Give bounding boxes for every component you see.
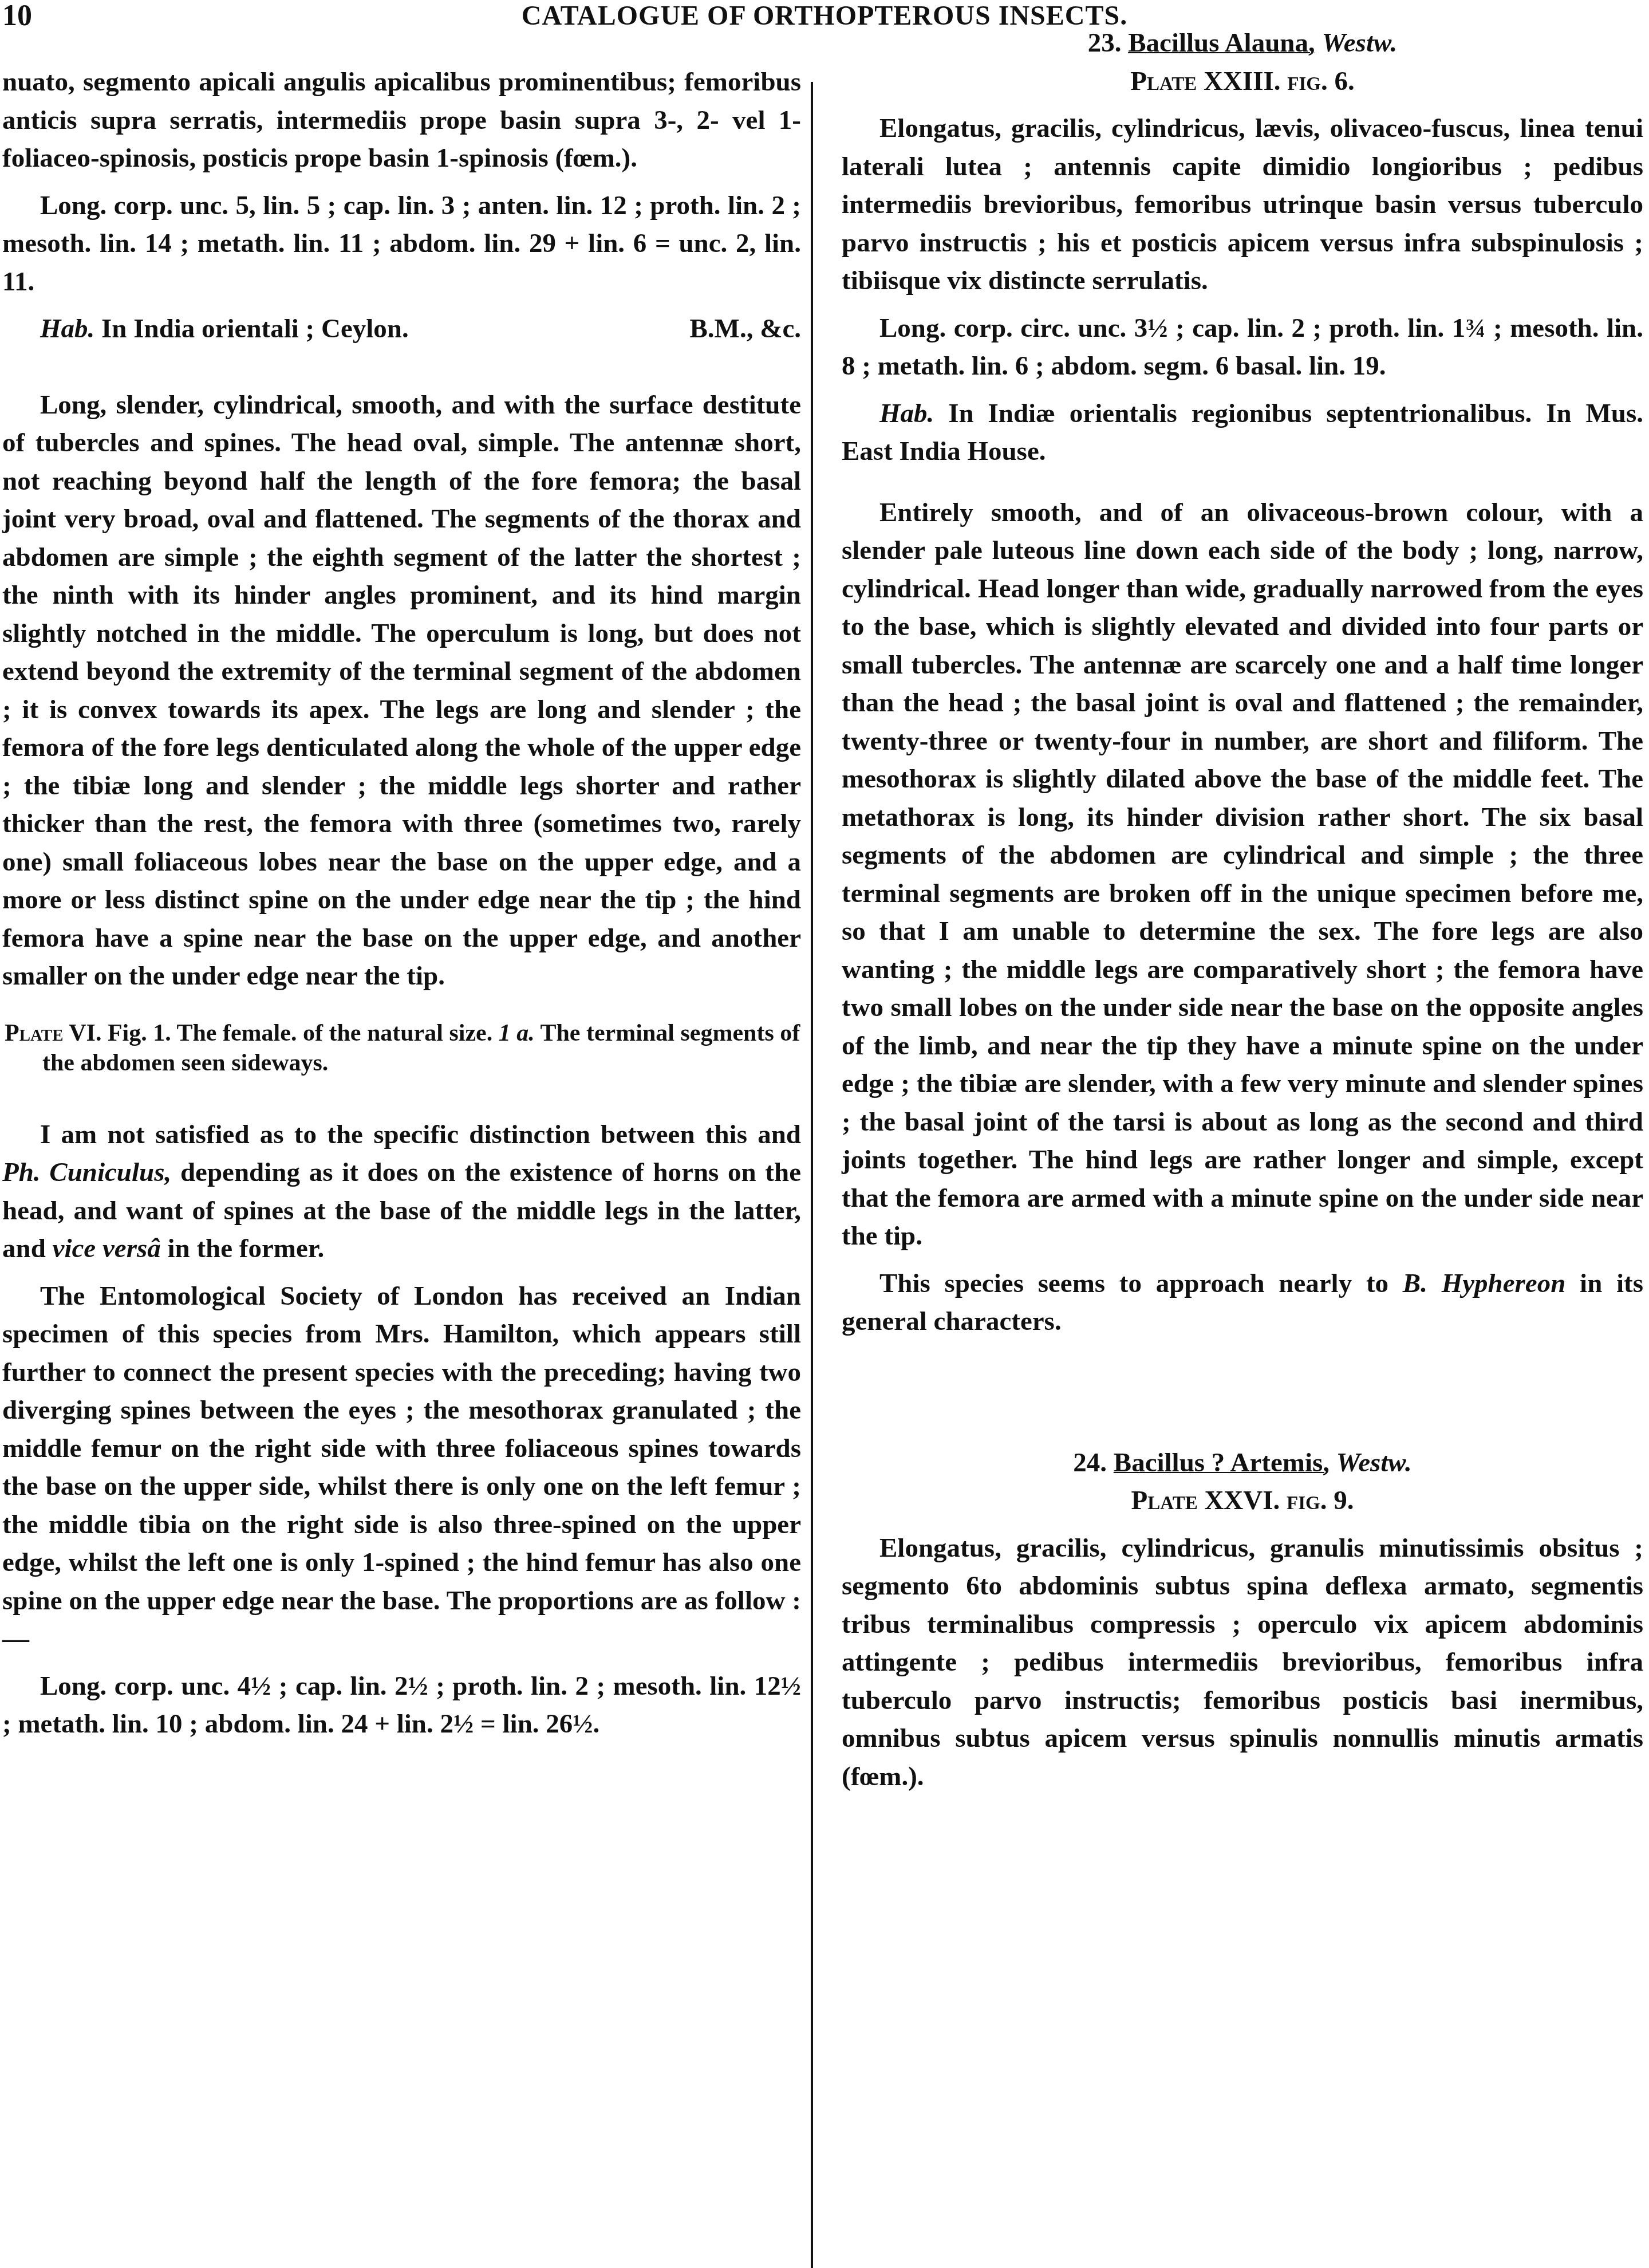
species-23-description: Entirely smooth, and of an olivaceous-br… (842, 494, 1643, 1255)
species-number: 23. (1088, 28, 1122, 58)
plate-figure-label: 1 a. (499, 1020, 535, 1046)
remark-text: in the former. (167, 1234, 324, 1263)
habitat-text: In Indiæ orientalis regionibus septentri… (842, 399, 1643, 467)
column-divider (811, 82, 813, 2268)
species-24-diagnosis: Elongatus, gracilis, cylindricus, granul… (842, 1529, 1643, 1796)
species-24-title: 24. Bacillus ? Artemis, Westw. (842, 1444, 1643, 1482)
species-name: Bacillus ? Artemis, (1114, 1448, 1330, 1478)
remark-specimen: The Entomological Society of London has … (2, 1277, 801, 1658)
species-23-remark: This species seems to approach nearly to… (842, 1265, 1643, 1341)
species-description: Long, slender, cylindrical, smooth, and … (2, 386, 801, 995)
plate-note: Plate VI. Fig. 1. The female. of the nat… (2, 1018, 801, 1078)
plate-label: Plate VI. (5, 1020, 101, 1046)
right-column: 23. Bacillus Alauna, Westw. Plate XXIII.… (842, 24, 1643, 1795)
species-author: Westw. (1321, 28, 1397, 58)
species-23-measurements: Long. corp. circ. unc. 3½ ; cap. lin. 2 … (842, 309, 1643, 385)
diagnosis-continued: nuato, segmento apicali angulis apicalib… (2, 63, 801, 178)
remark-distinction: I am not satisfied as to the specific di… (2, 1116, 801, 1268)
species-23-plate: Plate XXIII. fig. 6. (842, 62, 1643, 101)
species-name: Bacillus Alauna, (1128, 28, 1315, 58)
species-23-title: 23. Bacillus Alauna, Westw. (842, 24, 1643, 62)
species-number: 24. (1073, 1448, 1107, 1478)
left-column: nuato, segmento apicali angulis apicalib… (2, 63, 801, 1743)
habitat-text: In India orientali ; Ceylon. (101, 314, 409, 344)
species-author: Westw. (1336, 1448, 1412, 1478)
habitat-line: Hab. In India orientali ; Ceylon. B.M., … (2, 310, 801, 348)
species-reference: B. Hyphereon (1403, 1269, 1566, 1298)
species-23-diagnosis: Elongatus, gracilis, cylindricus, lævis,… (842, 109, 1643, 300)
latin-phrase: vice versâ (53, 1234, 161, 1263)
measurements: Long. corp. unc. 5, lin. 5 ; cap. lin. 3… (2, 187, 801, 301)
remark-text: I am not satisfied as to the specific di… (40, 1120, 801, 1149)
habitat-label: Hab. (879, 399, 934, 428)
collection-ref: B.M., &c. (690, 310, 801, 348)
remark-text: This species seems to approach nearly to (879, 1269, 1388, 1298)
measurements-2: Long. corp. unc. 4½ ; cap. lin. 2½ ; pro… (2, 1667, 801, 1743)
habitat-label: Hab. (40, 314, 94, 344)
species-24-plate: Plate XXVI. fig. 9. (842, 1482, 1643, 1520)
species-reference: Ph. Cuniculus, (2, 1157, 171, 1187)
plate-figure-1: Fig. 1. The female. of the natural size. (108, 1020, 492, 1046)
species-23-habitat: Hab. In Indiæ orientalis regionibus sept… (842, 395, 1643, 471)
